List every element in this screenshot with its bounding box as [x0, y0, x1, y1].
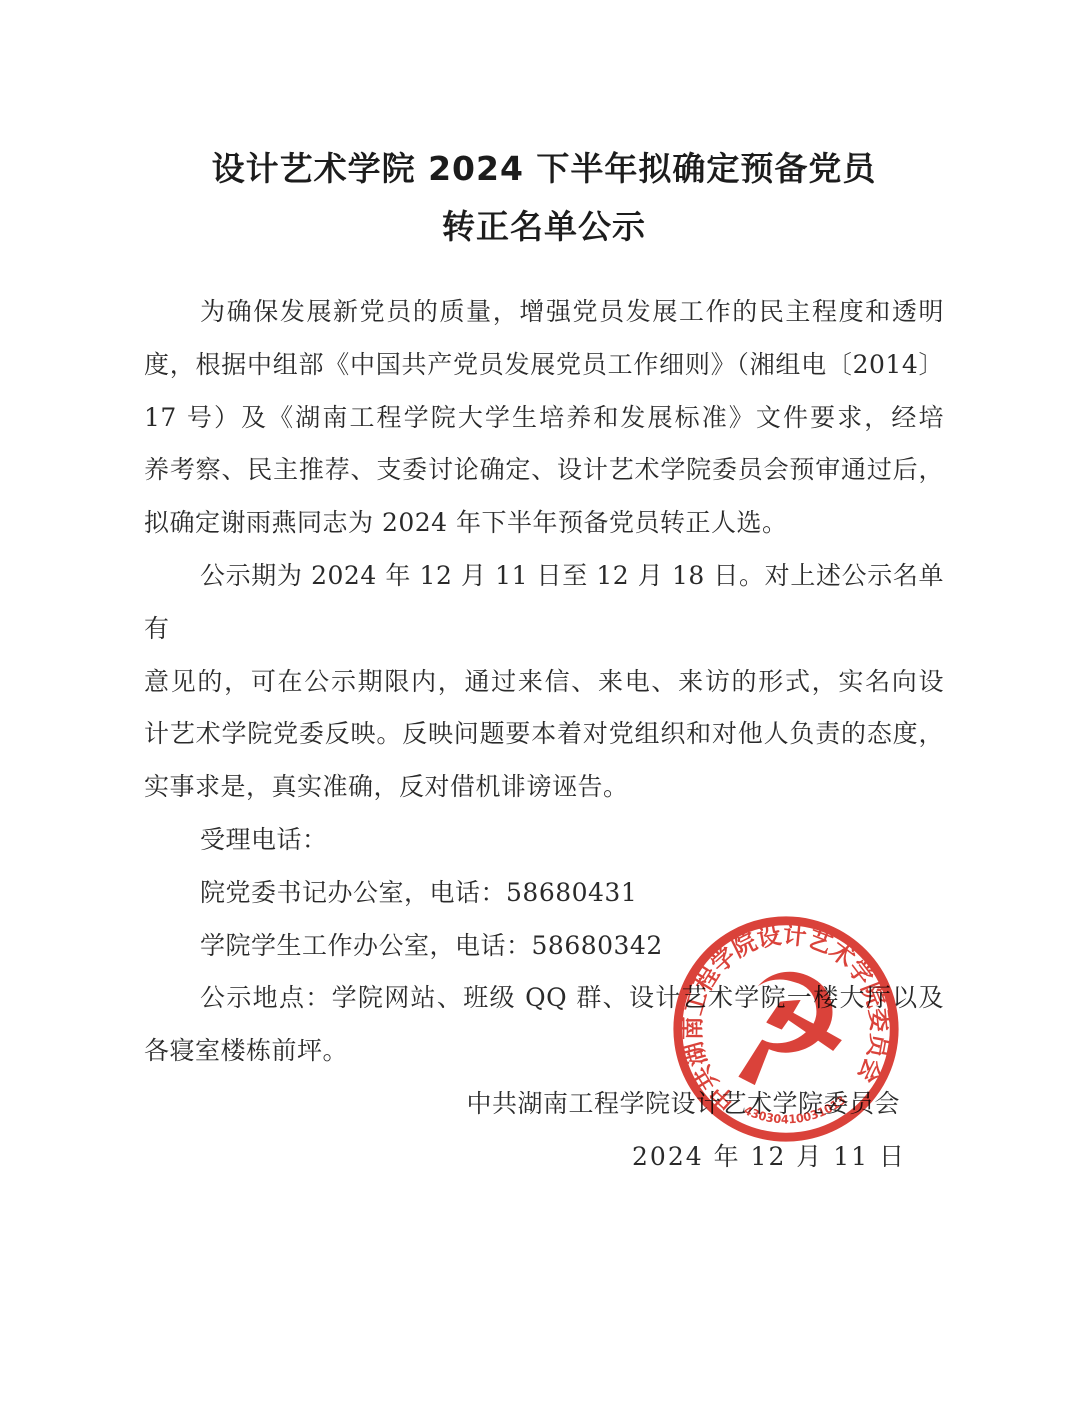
body-line: 实事求是，真实准确，反对借机诽谤诬告。	[144, 761, 944, 814]
document-body: 为确保发展新党员的质量，增强党员发展工作的民主程度和透明度，根据中组部《中国共产…	[144, 286, 944, 1078]
body-line: 计艺术学院党委反映。反映问题要本着对党组织和对他人负责的态度，	[144, 708, 944, 761]
title-line-1: 设计艺术学院 2024 下半年拟确定预备党员	[144, 140, 944, 198]
body-line: 各寝室楼栋前坪。	[144, 1025, 944, 1078]
body-line: 受理电话：	[144, 814, 944, 867]
signature-line: 中共湖南工程学院设计艺术学院委员会	[144, 1078, 944, 1131]
document-content: 设计艺术学院 2024 下半年拟确定预备党员 转正名单公示 为确保发展新党员的质…	[144, 140, 944, 1184]
body-line: 意见的，可在公示期限内，通过来信、来电、来访的形式，实名向设	[144, 656, 944, 709]
title-line-2: 转正名单公示	[144, 198, 944, 256]
body-line: 拟确定谢雨燕同志为 2024 年下半年预备党员转正人选。	[144, 497, 944, 550]
body-line: 养考察、民主推荐、支委讨论确定、设计艺术学院委员会预审通过后，	[144, 444, 944, 497]
body-line: 为确保发展新党员的质量，增强党员发展工作的民主程度和透明	[144, 286, 944, 339]
document-page: 设计艺术学院 2024 下半年拟确定预备党员 转正名单公示 为确保发展新党员的质…	[0, 0, 1088, 1415]
body-line: 17 号）及《湖南工程学院大学生培养和发展标准》文件要求，经培	[144, 392, 944, 445]
body-line: 学院学生工作办公室，电话：58680342	[144, 920, 944, 973]
body-line: 度，根据中组部《中国共产党员发展党员工作细则》（湘组电〔2014〕	[144, 339, 944, 392]
body-line: 公示地点：学院网站、班级 QQ 群、设计艺术学院一楼大厅以及	[144, 972, 944, 1025]
body-line: 公示期为 2024 年 12 月 11 日至 12 月 18 日。对上述公示名单…	[144, 550, 944, 656]
page-title: 设计艺术学院 2024 下半年拟确定预备党员 转正名单公示	[144, 140, 944, 256]
body-line: 院党委书记办公室，电话：58680431	[144, 867, 944, 920]
date-line: 2024 年 12 月 11 日	[144, 1131, 944, 1184]
